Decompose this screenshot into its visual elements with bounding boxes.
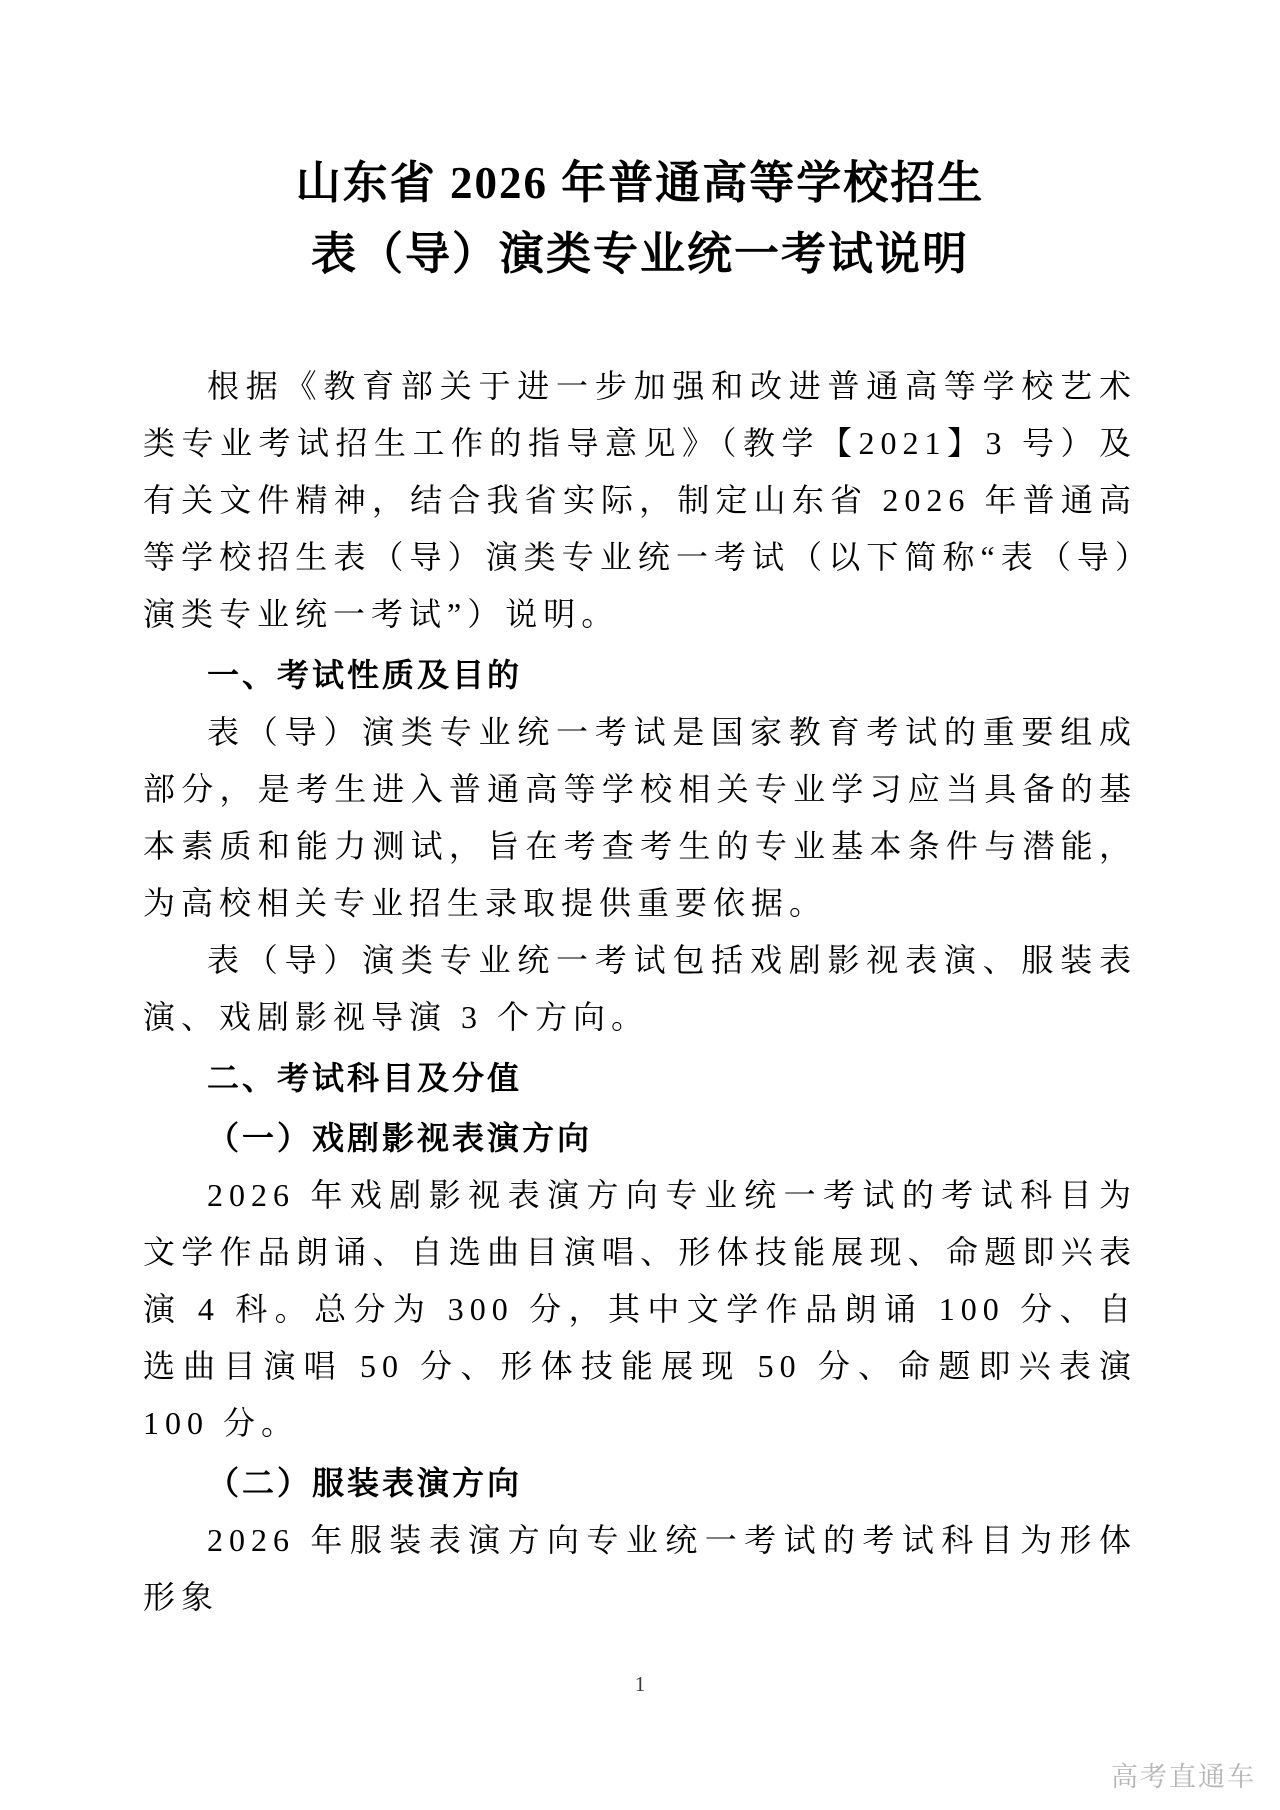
- intro-paragraph: 根据《教育部关于进一步加强和改进普通高等学校艺术类专业考试招生工作的指导意见》（…: [143, 358, 1137, 643]
- section2-heading: 二、考试科目及分值: [143, 1050, 1137, 1107]
- document-body: 根据《教育部关于进一步加强和改进普通高等学校艺术类专业考试招生工作的指导意见》（…: [143, 358, 1137, 1626]
- section1-paragraph2: 表（导）演类专业统一考试包括戏剧影视表演、服装表演、戏剧影视导演 3 个方向。: [143, 932, 1137, 1046]
- section2-sub1-heading: （一）戏剧影视表演方向: [143, 1110, 1137, 1167]
- section2-sub2-paragraph: 2026 年服装表演方向专业统一考试的考试科目为形体形象: [143, 1512, 1137, 1626]
- document-page: 山东省 2026 年普通高等学校招生 表（导）演类专业统一考试说明 根据《教育部…: [0, 0, 1280, 1810]
- document-title-line2: 表（导）演类专业统一考试说明: [143, 219, 1137, 290]
- section1-heading: 一、考试性质及目的: [143, 647, 1137, 704]
- document-title-line1: 山东省 2026 年普通高等学校招生: [143, 148, 1137, 219]
- watermark-label: 高考直通车: [1111, 1755, 1256, 1794]
- section2-sub2-heading: （二）服装表演方向: [143, 1455, 1137, 1512]
- section2-sub1-paragraph: 2026 年戏剧影视表演方向专业统一考试的考试科目为文学作品朗诵、自选曲目演唱、…: [143, 1167, 1137, 1452]
- page-number: 1: [0, 1672, 1280, 1697]
- section1-paragraph1: 表（导）演类专业统一考试是国家教育考试的重要组成部分，是考生进入普通高等学校相关…: [143, 704, 1137, 932]
- page-content: 山东省 2026 年普通高等学校招生 表（导）演类专业统一考试说明 根据《教育部…: [143, 148, 1137, 1626]
- document-title: 山东省 2026 年普通高等学校招生 表（导）演类专业统一考试说明: [143, 148, 1137, 290]
